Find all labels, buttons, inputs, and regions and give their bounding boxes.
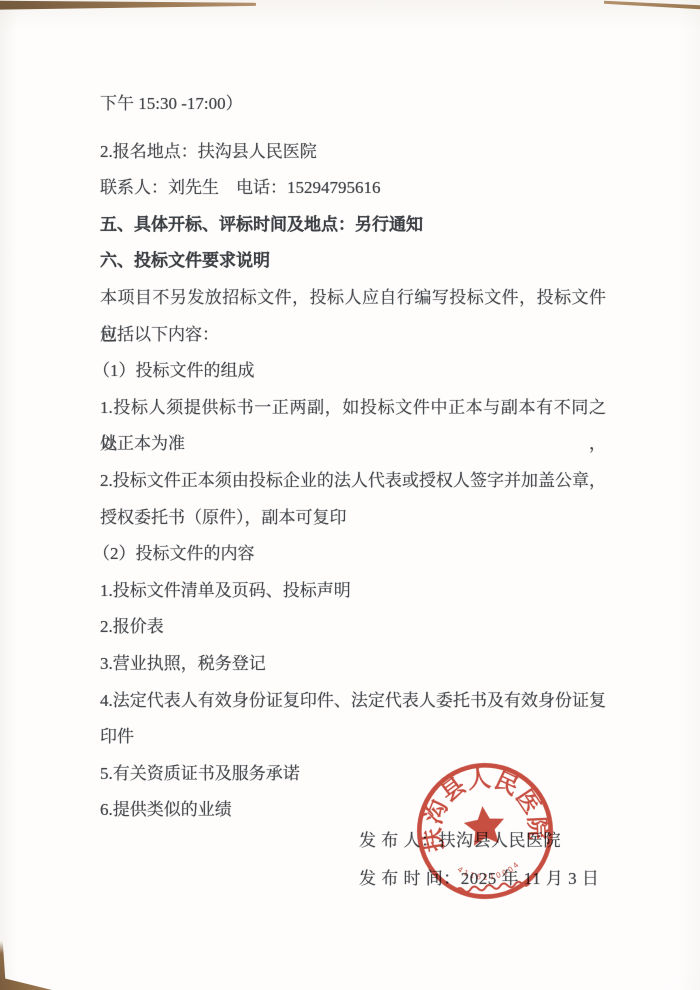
official-seal: 扶沟县人民医院 4116210004 — [404, 749, 567, 914]
text-line: 2.投标文件正本须由投标企业的法人代表或授权人签字并加盖公章， — [100, 463, 606, 500]
seal-registration-number: 4116210004 — [455, 858, 523, 885]
text-line: 1.投标文件清单及页码、投标声明 — [100, 573, 606, 610]
desk-edge-top-left — [0, 0, 256, 10]
text-line: 包括以下内容： — [100, 317, 606, 354]
desk-edge-top-right — [604, 0, 700, 10]
document-lines: 下午 15:30 -17:00）2.报名地点：扶沟县人民医院联系人：刘先生 电话… — [100, 86, 606, 829]
text-line: 2.报名地点：扶沟县人民医院 — [100, 134, 606, 171]
text-line: 本项目不另发放招标文件，投标人应自行编写投标文件，投标文件应 — [100, 280, 606, 317]
text-line: 下午 15:30 -17:00） — [100, 86, 606, 123]
desk-edge-bottom-left-wedge — [0, 973, 52, 990]
text-line: 六、投标文件要求说明 — [100, 243, 606, 280]
text-line: 3.营业执照，税务登记 — [100, 646, 606, 683]
text-line: （1）投标文件的组成 — [93, 353, 606, 390]
text-line: （2）投标文件的内容 — [93, 536, 606, 573]
text-line: 1.投标人须提供标书一正两副，如投标文件中正本与副本有不同之处， — [100, 390, 606, 427]
photographed-document: { "document": { "lines": [ { "text": "下午… — [0, 0, 700, 990]
text-line: 2.报价表 — [100, 609, 606, 646]
text-line: 联系人：刘先生 电话：15294795616 — [100, 170, 606, 207]
text-line: 五、具体开标、评标时间及地点：另行通知 — [100, 207, 606, 244]
seal-star-icon — [462, 804, 506, 847]
text-line: 授权委托书（原件），副本可复印 — [100, 500, 606, 537]
text-line: 4.法定代表人有效身份证复印件、法定代表人委托书及有效身份证复 — [100, 683, 606, 720]
